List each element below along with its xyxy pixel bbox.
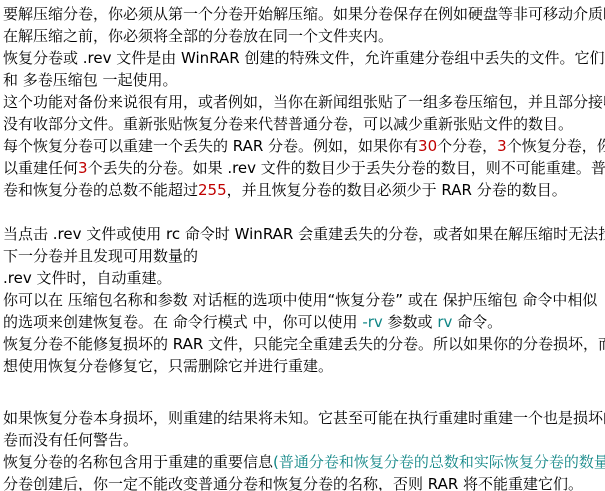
- highlight-number: 3: [78, 159, 88, 177]
- text-run: 的选项来创建恢复卷。在 命令行模式 中，你可以使用: [3, 313, 362, 331]
- text-run: 每个恢复分卷可以重建一个丢失的 RAR 分卷。例如，如果你有: [3, 137, 418, 155]
- text-line: 这个功能对备份来说很有用，或者例如，当你在新闻组张贴了一组多卷压缩包，并且部分接…: [3, 91, 603, 113]
- highlight-term: (普通分卷和恢复分卷的总数和实际恢复分卷的数量): [273, 453, 605, 471]
- text-line: 的选项来创建恢复卷。在 命令行模式 中，你可以使用 -rv 参数或 rv 命令。: [3, 311, 603, 333]
- text-line: 卷而没有任何警告。: [3, 429, 603, 451]
- text-run: 如果恢复分卷本身损坏，则重建的结果将未知。它甚至可能在执行重建时重建一个也是损坏…: [3, 409, 605, 427]
- text-line: 你可以在 压缩包名称和参数 对话框的选项中使用“恢复分卷” 或在 保护压缩包 命…: [3, 289, 603, 311]
- text-line: 恢复分卷或 .rev 文件是由 WinRAR 创建的特殊文件，允许重建分卷组中丢…: [3, 47, 603, 69]
- text-run: 下一分卷并且发现可用数量的: [3, 247, 198, 265]
- text-run: 恢复分卷的名称包含用于重建的重要信息: [3, 453, 273, 471]
- text-run: 参数或: [383, 313, 438, 331]
- highlight-term: -rv: [362, 313, 382, 331]
- text-line: .rev 文件时，自动重建。: [3, 267, 603, 289]
- highlight-number: 30: [418, 137, 437, 155]
- highlight-number: 255: [198, 181, 227, 199]
- text-line: 卷和恢复分卷的总数不能超过255，并且恢复分卷的数目必须少于 RAR 分卷的数目…: [3, 179, 603, 201]
- text-line: 在解压缩之前，你必须将全部的分卷放在同一个文件夹内。: [3, 25, 603, 47]
- text-run: 这个功能对备份来说很有用，或者例如，当你在新闻组张贴了一组多卷压缩包，并且部分接…: [3, 93, 605, 111]
- text-run: 个恢复分卷，你可: [507, 137, 605, 155]
- text-line: 如果恢复分卷本身损坏，则重建的结果将未知。它甚至可能在执行重建时重建一个也是损坏…: [3, 407, 603, 429]
- text-line: 每个恢复分卷可以重建一个丢失的 RAR 分卷。例如，如果你有30个分卷，3个恢复…: [3, 135, 603, 157]
- text-line: 恢复分卷不能修复损坏的 RAR 文件，只能完全重建丢失的分卷。所以如果你的分卷损…: [3, 333, 603, 355]
- text-run: 恢复分卷或 .rev 文件是由 WinRAR 创建的特殊文件，允许重建分卷组中丢…: [3, 49, 605, 67]
- text-line: 想使用恢复分卷修复它，只需删除它并进行重建。: [3, 355, 603, 377]
- highlight-term: rv: [437, 313, 452, 331]
- text-line: 要解压缩分卷，你必须从第一个分卷开始解压缩。如果分卷保存在例如硬盘等非可移动介质…: [3, 3, 603, 25]
- text-run: 分卷创建后，你一定不能改变普通分卷和恢复分卷的名称，否则 RAR 将不能重建它们…: [3, 475, 583, 491]
- text-run: 在解压缩之前，你必须将全部的分卷放在同一个文件夹内。: [3, 27, 393, 45]
- text-run: 个分卷，: [437, 137, 497, 155]
- text-run: 以重建任何: [3, 159, 78, 177]
- text-line: 当点击 .rev 文件或使用 rc 命令时 WinRAR 会重建丢失的分卷，或者…: [3, 223, 603, 245]
- text-run: 恢复分卷不能修复损坏的 RAR 文件，只能完全重建丢失的分卷。所以如果你的分卷损…: [3, 335, 605, 353]
- text-run: 卷和恢复分卷的总数不能超过: [3, 181, 198, 199]
- text-line: 分卷创建后，你一定不能改变普通分卷和恢复分卷的名称，否则 RAR 将不能重建它们…: [3, 473, 603, 491]
- text-run: 要解压缩分卷，你必须从第一个分卷开始解压缩。如果分卷保存在例如硬盘等非可移动介质…: [3, 5, 605, 23]
- text-run: ，并且恢复分卷的数目必须少于 RAR 分卷的数目。: [227, 181, 567, 199]
- text-line: 和 多卷压缩包 一起使用。: [3, 69, 603, 91]
- text-run: 卷而没有任何警告。: [3, 431, 138, 449]
- text-run: .rev 文件时，自动重建。: [3, 269, 171, 287]
- text-run: 和 多卷压缩包 一起使用。: [3, 71, 178, 89]
- text-run: 你可以在 压缩包名称和参数 对话框的选项中使用“恢复分卷” 或在 保护压缩包 命…: [3, 291, 597, 309]
- text-line: 以重建任何3个丢失的分卷。如果 .rev 文件的数目少于丢失分卷的数目，则不可能…: [3, 157, 603, 179]
- text-line: 没有收部分文件。重新张贴恢复分卷来代替普通分卷，可以减少重新张贴文件的数目。: [3, 113, 603, 135]
- text-line: 恢复分卷的名称包含用于重建的重要信息(普通分卷和恢复分卷的总数和实际恢复分卷的数…: [3, 451, 603, 473]
- help-document: 要解压缩分卷，你必须从第一个分卷开始解压缩。如果分卷保存在例如硬盘等非可移动介质…: [0, 0, 605, 491]
- text-run: 没有收部分文件。重新张贴恢复分卷来代替普通分卷，可以减少重新张贴文件的数目。: [3, 115, 573, 133]
- text-run: 想使用恢复分卷修复它，只需删除它并进行重建。: [3, 357, 333, 375]
- text-line: 下一分卷并且发现可用数量的: [3, 245, 603, 267]
- text-run: 命令。: [452, 313, 502, 331]
- text-run: 当点击 .rev 文件或使用 rc 命令时 WinRAR 会重建丢失的分卷，或者…: [3, 225, 605, 243]
- text-run: 个丢失的分卷。如果 .rev 文件的数目少于丢失分卷的数目，则不可能重建。普通分: [88, 159, 605, 177]
- highlight-number: 3: [497, 137, 507, 155]
